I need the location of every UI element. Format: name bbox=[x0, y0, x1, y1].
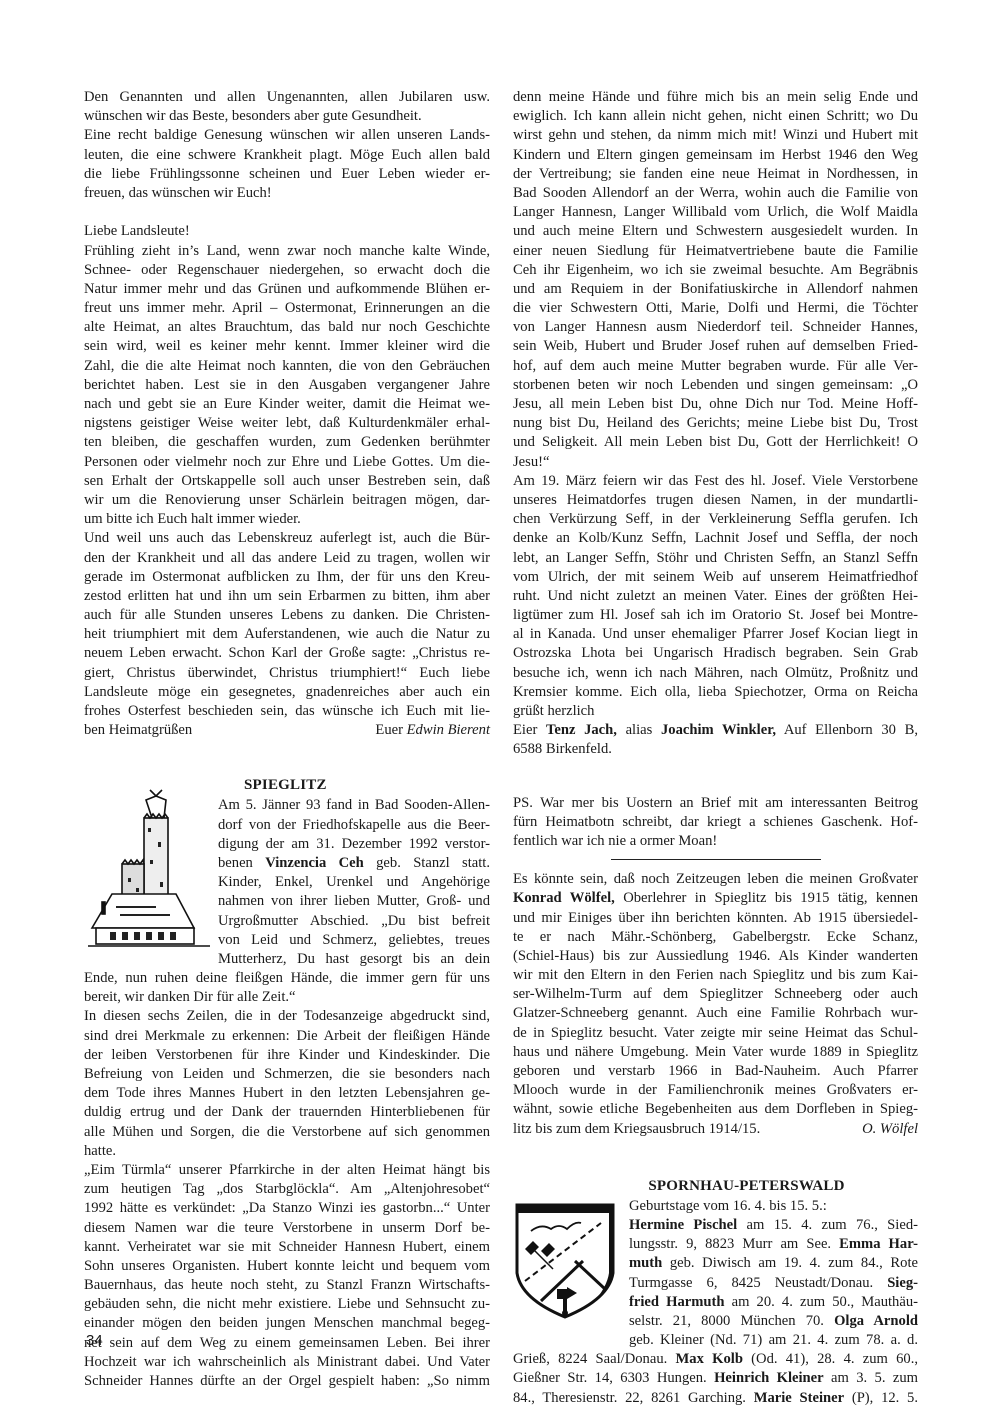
text-line: ser-Wilhelm-Turm auf dem Spieglitzer Sch… bbox=[513, 985, 918, 1004]
left-column: Den Genannten und allen Ungenannten, all… bbox=[84, 88, 490, 1391]
text-fragment: Gießner Str. 14, 6303 Hungen. bbox=[513, 1370, 714, 1386]
text-line: der Vertreibung; sie fanden eine neue He… bbox=[513, 165, 918, 184]
text-line: benen Vinzencia Ceh geb. Stanzl statt. bbox=[218, 854, 490, 873]
text-fragment: 84., Theresienstr. 22, 8261 Garching. bbox=[513, 1390, 754, 1406]
text-line: (Schiel-Haus) bis zur Aussiedlung 1946. … bbox=[513, 947, 918, 966]
text-line: Befreiung von Leiden und Schmerzen, die … bbox=[84, 1065, 490, 1084]
text-line: sein wird, weil es keiner mehr kennt. Im… bbox=[84, 337, 490, 356]
text-line: Kremsier komme. Eich olla, lieba Spiecho… bbox=[513, 683, 918, 702]
text-line: Den Genannten und allen Ungenannten, all… bbox=[84, 88, 490, 107]
birthday-line: Hermine Pischel am 15. 4. zum 76., Sied- bbox=[629, 1216, 918, 1235]
shield-icon bbox=[513, 1201, 617, 1319]
text-line: freut uns immer mehr. April – Ostermonat… bbox=[84, 299, 490, 318]
text-line: Bad Sooden Allendorf an der Werra, wohin… bbox=[513, 184, 918, 203]
text-line: denn meine Hände und führe mich bis an m… bbox=[513, 88, 918, 107]
tower-illustration bbox=[86, 788, 214, 954]
text-line: und mir Einiges über ihn berichten könnt… bbox=[513, 909, 918, 928]
text-line: besuche ich, wenn ich nach Mähren, nach … bbox=[513, 664, 918, 683]
letter-signature-row: ben Heimatgrüßen Euer Edwin Bierent bbox=[84, 721, 490, 740]
letter-greeting: Liebe Landsleute! bbox=[84, 222, 490, 241]
text-line: ten bleiben, die geschaffen wurden, zum … bbox=[84, 433, 490, 452]
text-fragment: geb. Stanzl statt. bbox=[364, 855, 490, 871]
text-line: nach und gebt sie an Eure Kinder weiter,… bbox=[84, 395, 490, 414]
birthday-line: Grieß, 8224 Saal/Donau. Max Kolb (Od. 41… bbox=[513, 1350, 918, 1369]
text-line: grüßt herzlich bbox=[513, 702, 918, 721]
text-line: zum heutigen Tag „dos Starbglöckla“. Am … bbox=[84, 1180, 490, 1199]
text-line: wähnt, sowie etliche Begebenheiten aus d… bbox=[513, 1100, 918, 1119]
text-line: Sohn unseres Organisten. Hubert konnte l… bbox=[84, 1257, 490, 1276]
text-line: de in Spieglitz besucht. Vater zeigte mi… bbox=[513, 1024, 918, 1043]
text-line: ligtümer zum Hl. Josef sah ich im Orator… bbox=[513, 606, 918, 625]
continued-paragraph: denn meine Hände und führe mich bis an m… bbox=[513, 88, 918, 472]
text-line: digung der am 31. Dezember 1992 verstor- bbox=[218, 835, 490, 854]
text-line: chen Verkürzung Seff, in der Verkleineru… bbox=[513, 510, 918, 529]
text-fragment: (Od. 41), 28. 4. zum 60., bbox=[743, 1351, 918, 1367]
section-heading-spornhau: SPORNHAU-PETERSWALD bbox=[513, 1175, 918, 1197]
woelfel-paragraph: Es könnte sein, daß noch Zeitzeugen lebe… bbox=[513, 870, 918, 1139]
text-line: Landsleute möge ein gesegnetes, gnadenre… bbox=[84, 683, 490, 702]
text-line: giert, Christus überwindet, Christus tri… bbox=[84, 664, 490, 683]
text-line: Langer Hannesn, Langer Willibald vom Url… bbox=[513, 203, 918, 222]
text-line: ruht. Und nicht zuletzt an meinen Vater.… bbox=[513, 587, 918, 606]
text-line: wünschen wir das Beste, besonders aber g… bbox=[84, 107, 490, 126]
text-line: Natur immer mehr und das Grünen und aufk… bbox=[84, 280, 490, 299]
text-line: te er nach Mähr.-Schönberg, Gabelbergstr… bbox=[513, 928, 918, 947]
text-line: Am 5. Jänner 93 fand in Bad Sooden-Allen… bbox=[218, 796, 490, 815]
text-line: PS. War mer bis Uostern an Brief mit am … bbox=[513, 794, 918, 813]
text-line: frohes Osterfest beschieden sein, das wü… bbox=[84, 702, 490, 721]
text-fragment: alias bbox=[617, 722, 661, 738]
text-fragment: Grieß, 8224 Saal/Donau. bbox=[513, 1351, 676, 1367]
right-column: denn meine Hände und führe mich bis an m… bbox=[513, 88, 918, 1408]
text-line: Jesu!“ bbox=[513, 453, 918, 472]
text-line: Und weil uns auch das Lebenskreuz auferl… bbox=[84, 529, 490, 548]
text-line: fentlich war ich nie a ormer Moan! bbox=[513, 832, 918, 851]
text-line: dorf von der Friedhofskapelle aus die Be… bbox=[218, 816, 490, 835]
person-name: Max Kolb bbox=[676, 1351, 743, 1367]
text-line: storbenen beten wir noch Lebenden und si… bbox=[513, 376, 918, 395]
text-line: wir mit den Eltern in den Ferien nach Sp… bbox=[513, 966, 918, 985]
josef-paragraph: Am 19. März feiern wir das Fest des hl. … bbox=[513, 472, 918, 760]
text-line: und am Requiem in der Bonifatiuskirche i… bbox=[513, 280, 918, 299]
text-line: von Leid und Schmerz, geliebtes, treues bbox=[218, 931, 490, 950]
text-line: Kinder, Enkel, Urenkel und Angehörige bbox=[218, 873, 490, 892]
author-name: O. Wölfel bbox=[862, 1120, 918, 1139]
text-line: geboren und verstarb 1966 in Bad-Nauheim… bbox=[513, 1062, 918, 1081]
text-line: alle Mühen und Sorgen, die die Verstorbe… bbox=[84, 1123, 490, 1142]
text-line: Eine recht baldige Genesung wünschen wir… bbox=[84, 126, 490, 145]
text-line: Es könnte sein, daß noch Zeitzeugen lebe… bbox=[513, 870, 918, 889]
text-line: Personen oder vielmehr noch zur Ehre und… bbox=[84, 453, 490, 472]
text-line: alte Heimat, an altes Brauchtum, das bal… bbox=[84, 318, 490, 337]
text-line: auch für alle Stunden unseres Lebens zu … bbox=[84, 606, 490, 625]
text-fragment: lungsstr. 9, 8823 Murr am See. bbox=[629, 1236, 839, 1252]
birthday-line: fried Harmuth am 20. 4. zum 50., Mauthäu… bbox=[629, 1293, 918, 1312]
text-line: hatte. bbox=[84, 1142, 490, 1161]
person-name: Emma Har- bbox=[839, 1236, 918, 1252]
text-line: nigstens geistiger Weise weiter lebt, da… bbox=[84, 414, 490, 433]
author-name: Tenz Jach, bbox=[546, 722, 617, 738]
text-line: al in Kanada. Und unser ehemaliger Pfarr… bbox=[513, 625, 918, 644]
text-line: Mlooch wurde in der Familienchronik mein… bbox=[513, 1081, 918, 1100]
text-line: net sein auf dem Weg zu einem gemeinsame… bbox=[84, 1334, 490, 1353]
text-line: diesem Namen war die teure Verstorbene i… bbox=[84, 1219, 490, 1238]
birthday-line: Gießner Str. 14, 6303 Hungen. Heinrich K… bbox=[513, 1369, 918, 1388]
person-name: Sieg- bbox=[887, 1275, 918, 1291]
signature: Euer Edwin Bierent bbox=[375, 721, 490, 740]
address-line: 6588 Birkenfeld. bbox=[513, 740, 918, 759]
text-line: Schnee- oder Regenschauer niedergehen, s… bbox=[84, 261, 490, 280]
person-name: fried Harmuth bbox=[629, 1294, 724, 1310]
text-line: neuem Leben erwacht. Schon Karl der Groß… bbox=[84, 644, 490, 663]
text-line: wir um die Renovierung unser Schärlein b… bbox=[84, 491, 490, 510]
person-name: Heinrich Kleiner bbox=[714, 1370, 824, 1386]
text-fragment: Oberlehrer in Spieglitz bis 1915 tätig, … bbox=[615, 890, 918, 906]
text-fragment: benen bbox=[218, 855, 265, 871]
coat-of-arms bbox=[513, 1201, 617, 1325]
text-line: sein Weib, Hubert und Bruder Josef ruhen… bbox=[513, 337, 918, 356]
text-line: leuten, die eine schwere Krankheit plagt… bbox=[84, 146, 490, 165]
text-fragment: am 15. 4. zum 76., Sied- bbox=[737, 1217, 918, 1233]
text-fragment: am 20. 4. zum 50., Mauthäu- bbox=[724, 1294, 918, 1310]
text-line: 1992 hätte es verkündet: „Da Stanzo Winz… bbox=[84, 1199, 490, 1218]
closing-euer: Euer bbox=[375, 722, 403, 738]
text-line: Mutterherz, Du hast gesorgt bis an dein bbox=[218, 950, 490, 969]
person-name: Hermine Pischel bbox=[629, 1217, 737, 1233]
text-line: zestod erlitten hat und ihn um sein Erba… bbox=[84, 587, 490, 606]
tower-icon bbox=[86, 788, 214, 948]
text-line: litz bis zum dem Kriegsausbruch 1914/15. bbox=[513, 1120, 760, 1139]
birthday-line: muth geb. Diwisch am 19. 4. zum 84., Rot… bbox=[629, 1254, 918, 1273]
person-name: Olga Arnold bbox=[834, 1313, 918, 1329]
text-line: gebäuden sehn, die nicht mehr existiere.… bbox=[84, 1295, 490, 1314]
text-line: sind drei Merkmale zu erkennen: Die Arbe… bbox=[84, 1027, 490, 1046]
text-line: Urgroßmutter Abschied. „Du bist befreit bbox=[218, 912, 490, 931]
text-line: ewiglich. Ich kann allein nicht gehen, n… bbox=[513, 107, 918, 126]
person-name: muth bbox=[629, 1255, 662, 1271]
text-line: duldig ertrug und der Dank der trauernde… bbox=[84, 1103, 490, 1122]
text-line: bereit, wir danken Dir für alle Zeit.“ bbox=[84, 988, 490, 1007]
text-fragment: am 3. 5. zum bbox=[824, 1370, 918, 1386]
text-line: „Eim Türmla“ unserer Pfarrkirche in der … bbox=[84, 1161, 490, 1180]
text-line: und Seligkeit. All mein Leben bist Du, G… bbox=[513, 433, 918, 452]
text-fragment: Auf Ellenborn 30 B, bbox=[776, 722, 918, 738]
text-line: Frühling zieht in’s Land, wenn zwar noch… bbox=[84, 242, 490, 261]
deceased-name: Vinzencia Ceh bbox=[265, 855, 364, 871]
birthday-line: geb. Kleiner (Nd. 71) am 21. 4. zum 78. … bbox=[629, 1331, 918, 1350]
text-line: heit triumphiert mit dem Auferstandenen,… bbox=[84, 625, 490, 644]
text-line: Schneider Hannes dürfte an der Orgel ges… bbox=[84, 1372, 490, 1391]
text-line: denke an Kolb/Kunz Seffn, Lachnit Josef … bbox=[513, 529, 918, 548]
text-line: Konrad Wölfel, Oberlehrer in Spieglitz b… bbox=[513, 889, 918, 908]
author-name: Joachim Winkler, bbox=[661, 722, 776, 738]
birthday-line: 84., Theresienstr. 22, 8261 Garching. Ma… bbox=[513, 1389, 918, 1408]
text-line: einander mögen den beiden jungen Mensche… bbox=[84, 1314, 490, 1333]
text-line: dem Tode ihres Mannes Hubert in den letz… bbox=[84, 1084, 490, 1103]
text-line: kannt. Verheiratet war sie mit Schneider… bbox=[84, 1238, 490, 1257]
text-line: die vier Schwestern Otti, Marie, Dolfi u… bbox=[513, 299, 918, 318]
woelfel-signature-row: litz bis zum dem Kriegsausbruch 1914/15.… bbox=[513, 1120, 918, 1139]
text-line: berichtet haben. Lest sie in den Ausgabe… bbox=[84, 376, 490, 395]
text-line: wirst gehn und stehen, da nimm mich mit!… bbox=[513, 126, 918, 145]
text-line: Jesu, all mein Leben bist Du, ohne Dich … bbox=[513, 395, 918, 414]
text-line: unseres Heimatdorfes trugen diesen Namen… bbox=[513, 491, 918, 510]
text-line: freuen, das wünschen wir Euch! bbox=[84, 184, 490, 203]
text-fragment: Turmgasse 6, 8425 Neustadt/Donau. bbox=[629, 1275, 887, 1291]
text-line: von Langer Hannesn ausm Niederdorf teil.… bbox=[513, 318, 918, 337]
text-line: Glatzer-Schneeberg genannt. Auch eine Fa… bbox=[513, 1004, 918, 1023]
text-line: Kindern und Eltern gingen gemeinsam im H… bbox=[513, 146, 918, 165]
author-name: Edwin Bierent bbox=[407, 722, 490, 738]
text-fragment: (P), 12. 5. bbox=[844, 1390, 918, 1406]
text-fragment: geb. Diwisch am 19. 4. zum 84., Rote bbox=[662, 1255, 918, 1271]
birthday-line: selstr. 21, 8000 München 70. Olga Arnold bbox=[629, 1312, 918, 1331]
text-line: nahmen von ihrer lieben Mutter, Groß- un… bbox=[218, 892, 490, 911]
text-line: vom Ulrich, der mit seinem Weib auf unse… bbox=[513, 568, 918, 587]
text-line: Ende, nun ruhen deine fleißgen Hände, di… bbox=[84, 969, 490, 988]
text-line: gerade im Ostermonat aufblicken zu Ihm, … bbox=[84, 568, 490, 587]
text-line: Hochzeit war ich wahrscheinlich als Mini… bbox=[84, 1353, 490, 1372]
text-line: einer neuen Siedlung für Heimatvertriebe… bbox=[513, 242, 918, 261]
letter-paragraph-1: Frühling zieht in’s Land, wenn zwar noch… bbox=[84, 242, 490, 530]
text-line: Ostrozska Lhota bei Ungarisch Hradisch b… bbox=[513, 644, 918, 663]
text-line: In diesen sechs Zeilen, die in der Todes… bbox=[84, 1007, 490, 1026]
text-line: Bauernhaus, das heute noch steht, zu Sta… bbox=[84, 1276, 490, 1295]
page-number: 34 bbox=[86, 1332, 103, 1349]
text-line: fürn Heimatbotn schreibt, dar kriegt a s… bbox=[513, 813, 918, 832]
text-line: um bitte ich Euch halt immer wieder. bbox=[84, 510, 490, 529]
closing-text: ben Heimatgrüßen bbox=[84, 721, 192, 740]
text-line: der leiben Verstorbenen für ihre Kinder … bbox=[84, 1046, 490, 1065]
person-name: Marie Steiner bbox=[754, 1390, 844, 1406]
birthday-line: Turmgasse 6, 8425 Neustadt/Donau. Sieg- bbox=[629, 1274, 918, 1293]
intro-paragraph: Den Genannten und allen Ungenannten, all… bbox=[84, 88, 490, 203]
text-line: die liebe Frühlingssonne scheinen und Eu… bbox=[84, 165, 490, 184]
postscript: PS. War mer bis Uostern an Brief mit am … bbox=[513, 794, 918, 852]
text-line: sen Erhalt der Ortskappelle soll auch un… bbox=[84, 472, 490, 491]
text-fragment: selstr. 21, 8000 München 70. bbox=[629, 1313, 834, 1329]
letter-paragraph-2: Und weil uns auch das Lebenskreuz auferl… bbox=[84, 529, 490, 740]
text-line: Ceh ihr Eigenheim, wo ich sie zweimal be… bbox=[513, 261, 918, 280]
text-line: haus und nähere Umgebung. Mein Vater wur… bbox=[513, 1043, 918, 1062]
birthday-line: lungsstr. 9, 8823 Murr am See. Emma Har- bbox=[629, 1235, 918, 1254]
text-line: hof, auf dem auch meine Mutter begraben … bbox=[513, 357, 918, 376]
text-line: den der Krankheit und all das andere Lei… bbox=[84, 549, 490, 568]
text-line: und auch meine Eltern und Schwestern aus… bbox=[513, 222, 918, 241]
text-fragment: Eier bbox=[513, 722, 546, 738]
divider bbox=[611, 859, 821, 860]
person-name: Konrad Wölfel, bbox=[513, 890, 615, 906]
spornhau-section: SPORNHAU-PETERSWALD Geburtstage vom 16. … bbox=[513, 1175, 918, 1408]
spieglitz-section: SPIEGLITZ bbox=[84, 774, 490, 1391]
text-line: Am 19. März feiern wir das Fest des hl. … bbox=[513, 472, 918, 491]
text-line: Zahl, die die alte Heimat noch kannten, … bbox=[84, 357, 490, 376]
text-line: nung bist Du, Heiland des Gerichts; mein… bbox=[513, 414, 918, 433]
birthdays-subtitle: Geburtstage vom 16. 4. bis 15. 5.: bbox=[629, 1197, 918, 1216]
text-line: lebt, an Langer Seffn, Stöhr und Christe… bbox=[513, 549, 918, 568]
signature-line: Eier Tenz Jach, alias Joachim Winkler, A… bbox=[513, 721, 918, 740]
